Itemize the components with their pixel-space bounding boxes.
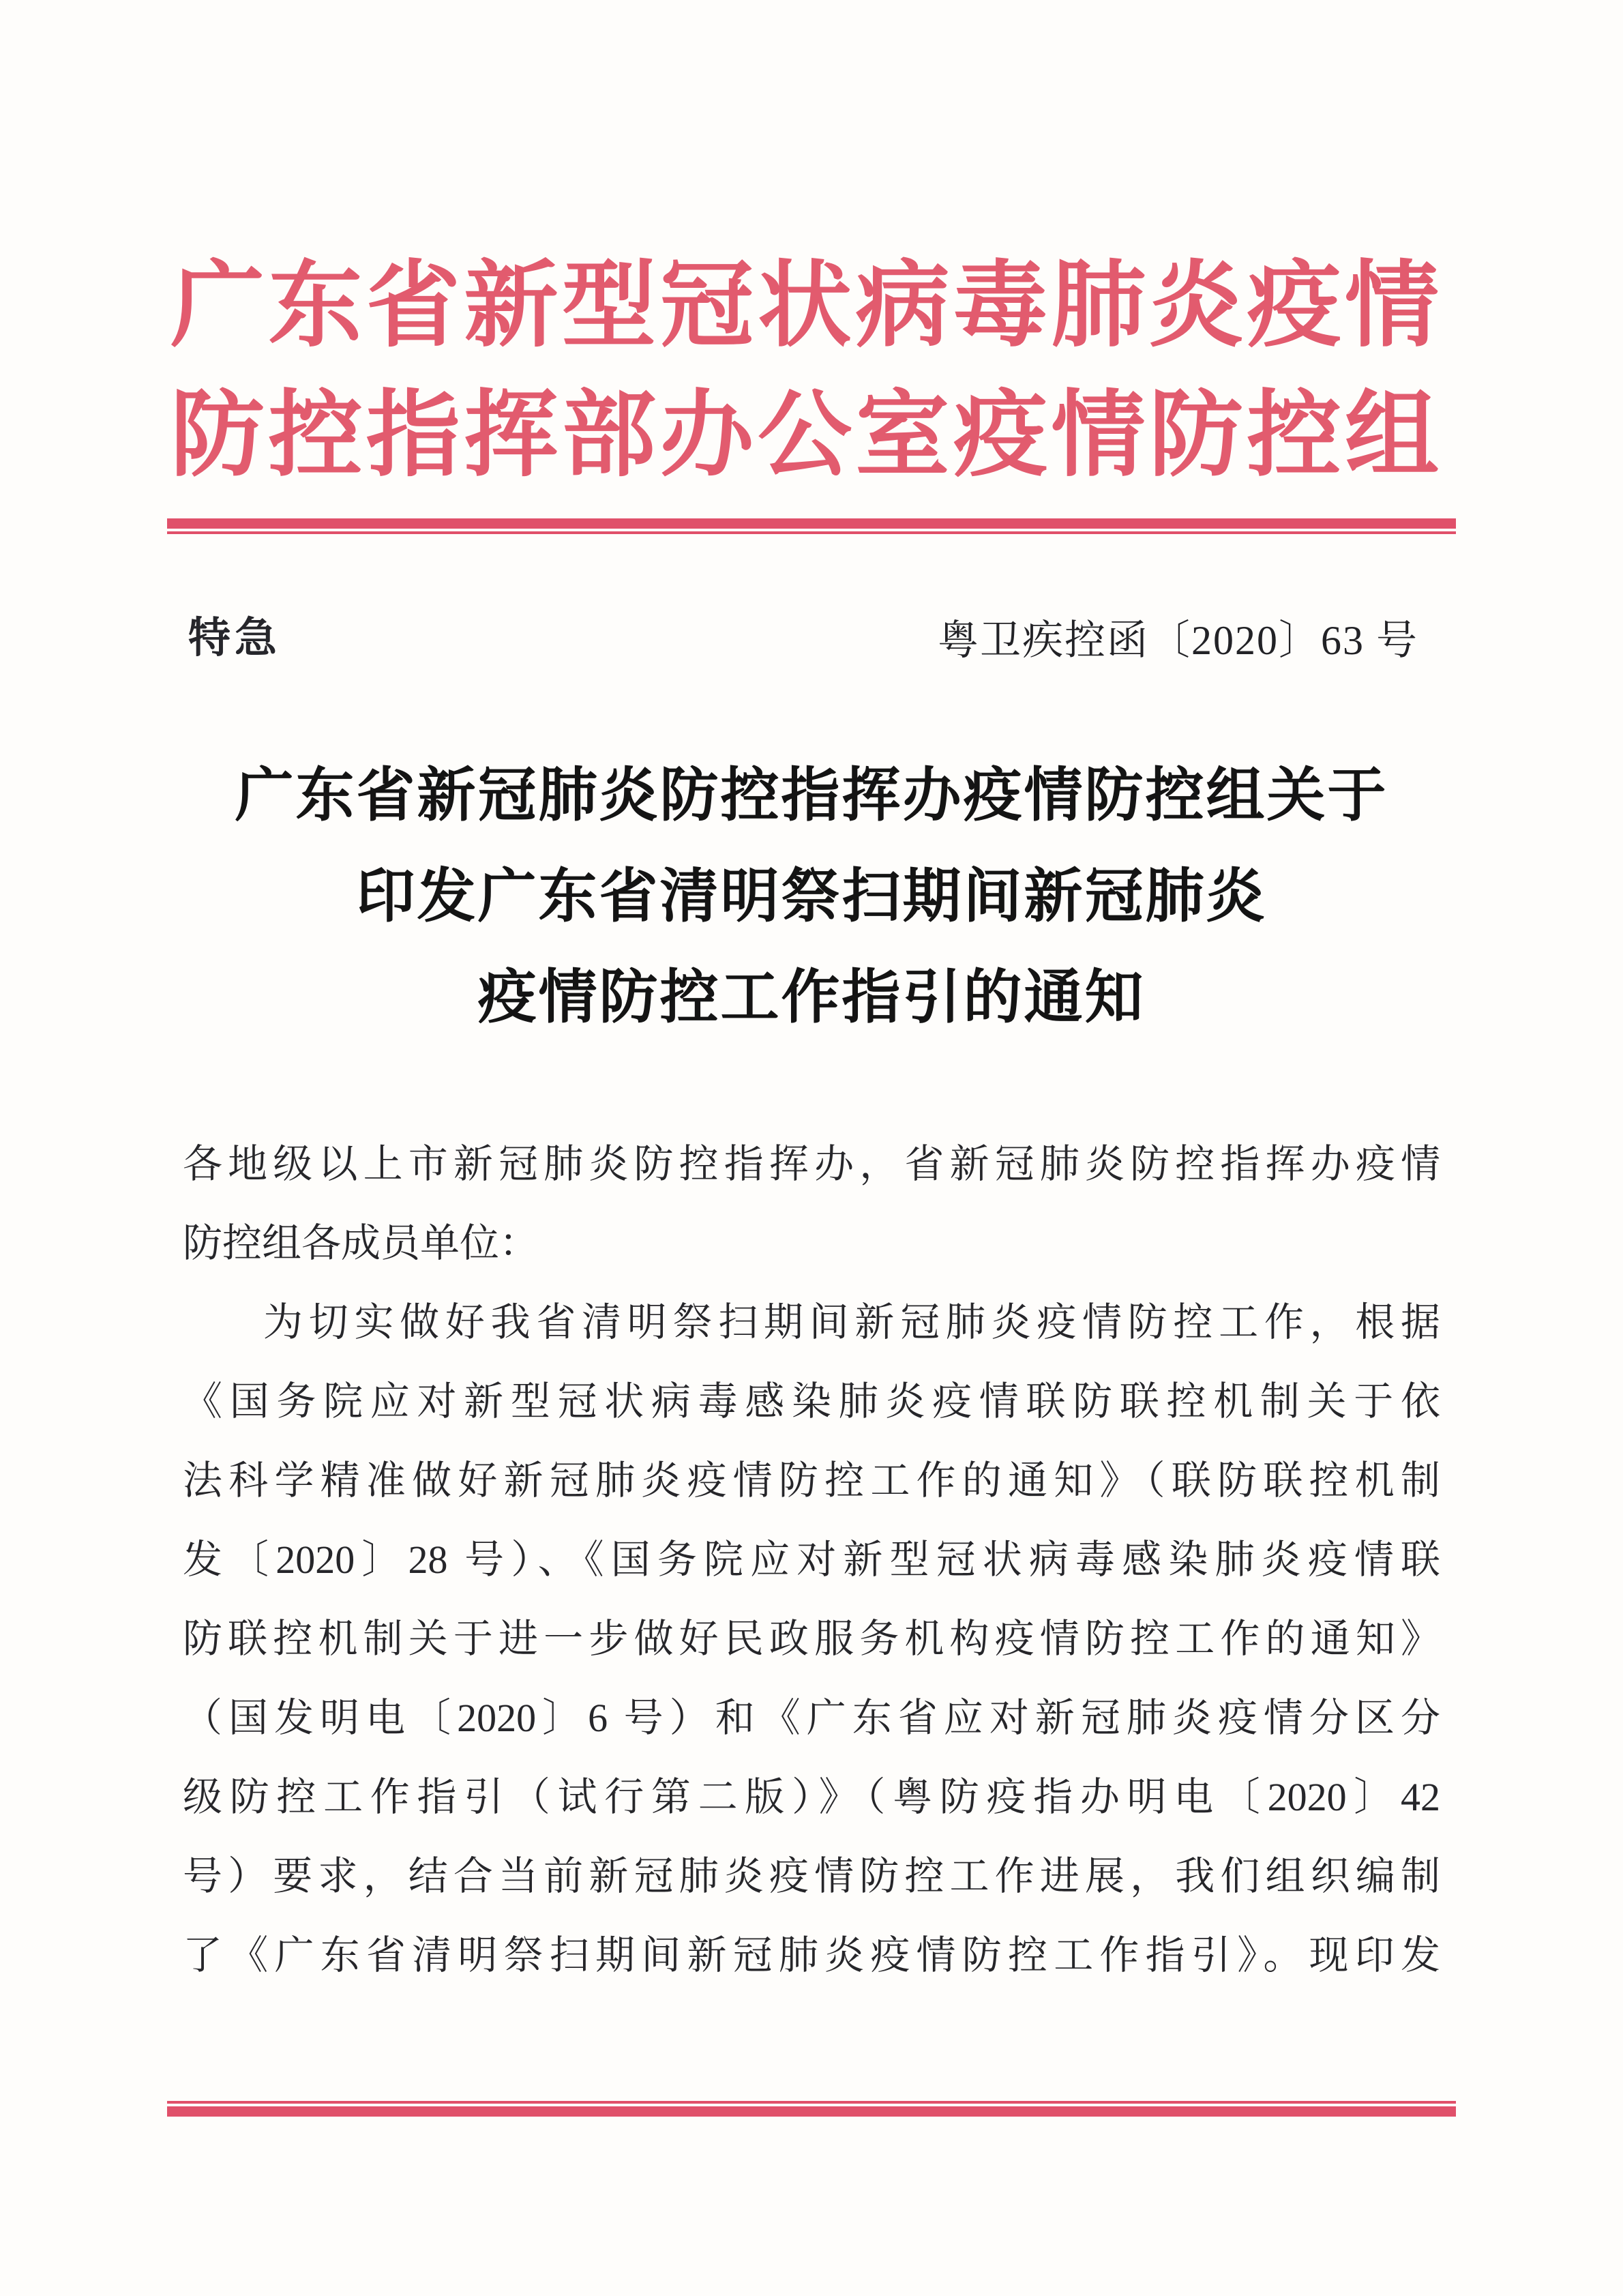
document-title-line-3: 疫情防控工作指引的通知: [184, 947, 1439, 1048]
paragraph-line: 了《广东省清明祭扫期间新冠肺炎疫情防控工作指引》。现印发: [183, 1916, 1440, 1995]
red-rule-bottom-thick-bar: [167, 2106, 1456, 2117]
document-page: 广东省新型冠状病毒肺炎疫情 防控指挥部办公室疫情防控组 特急 粤卫疾控函〔202…: [0, 0, 1623, 2296]
document-title-line-2: 印发广东省清明祭扫期间新冠肺炎: [184, 846, 1439, 947]
paragraph-line: （国发明电〔2020〕6 号）和《广东省应对新冠肺炎疫情分区分: [183, 1679, 1440, 1758]
urgency-label: 特急: [188, 609, 281, 668]
letterhead-line-2: 防控指挥部办公室疫情防控组: [170, 371, 1442, 501]
paragraph-line: 号）要求，结合当前新冠肺炎疫情防控工作进展，我们组织编制: [183, 1837, 1440, 1916]
paragraph-line: 级防控工作指引（试行第二版）》（粤防疫指办明电〔2020〕42: [183, 1758, 1440, 1837]
letterhead-line-1: 广东省新型冠状病毒肺炎疫情: [170, 241, 1442, 371]
paragraph-line: 《国务院应对新型冠状病毒感染肺炎疫情联防联控机制关于依: [183, 1362, 1440, 1441]
document-number: 粤卫疾控函〔2020〕63 号: [938, 609, 1418, 672]
body-text: 各地级以上市新冠肺炎防控指挥办，省新冠肺炎防控指挥办疫情 防控组各成员单位： 为…: [183, 1125, 1440, 1995]
red-rule-top-thin-bar: [167, 531, 1456, 534]
letterhead: 广东省新型冠状病毒肺炎疫情 防控指挥部办公室疫情防控组: [170, 241, 1442, 501]
salutation-line-1: 各地级以上市新冠肺炎防控指挥办，省新冠肺炎防控指挥办疫情: [183, 1125, 1440, 1204]
red-rule-top: [167, 518, 1456, 534]
salutation-line-2: 防控组各成员单位：: [183, 1204, 1440, 1283]
document-title: 广东省新冠肺炎防控指挥办疫情防控组关于 印发广东省清明祭扫期间新冠肺炎 疫情防控…: [184, 745, 1439, 1048]
paragraph-line: 发〔2020〕28 号）、《国务院应对新型冠状病毒感染肺炎疫情联: [183, 1520, 1440, 1600]
red-rule-top-thick-bar: [167, 518, 1456, 529]
paragraph-line: 防联控机制关于进一步做好民政服务机构疫情防控工作的通知》: [183, 1600, 1440, 1679]
document-title-line-1: 广东省新冠肺炎防控指挥办疫情防控组关于: [184, 745, 1439, 846]
paragraph-line: 法科学精准做好新冠肺炎疫情防控工作的通知》（联防联控机制: [183, 1441, 1440, 1520]
red-rule-bottom: [167, 2101, 1456, 2117]
meta-row: 特急 粤卫疾控函〔2020〕63 号: [188, 609, 1418, 672]
paragraph-line: 为切实做好我省清明祭扫期间新冠肺炎疫情防控工作，根据: [183, 1283, 1440, 1362]
